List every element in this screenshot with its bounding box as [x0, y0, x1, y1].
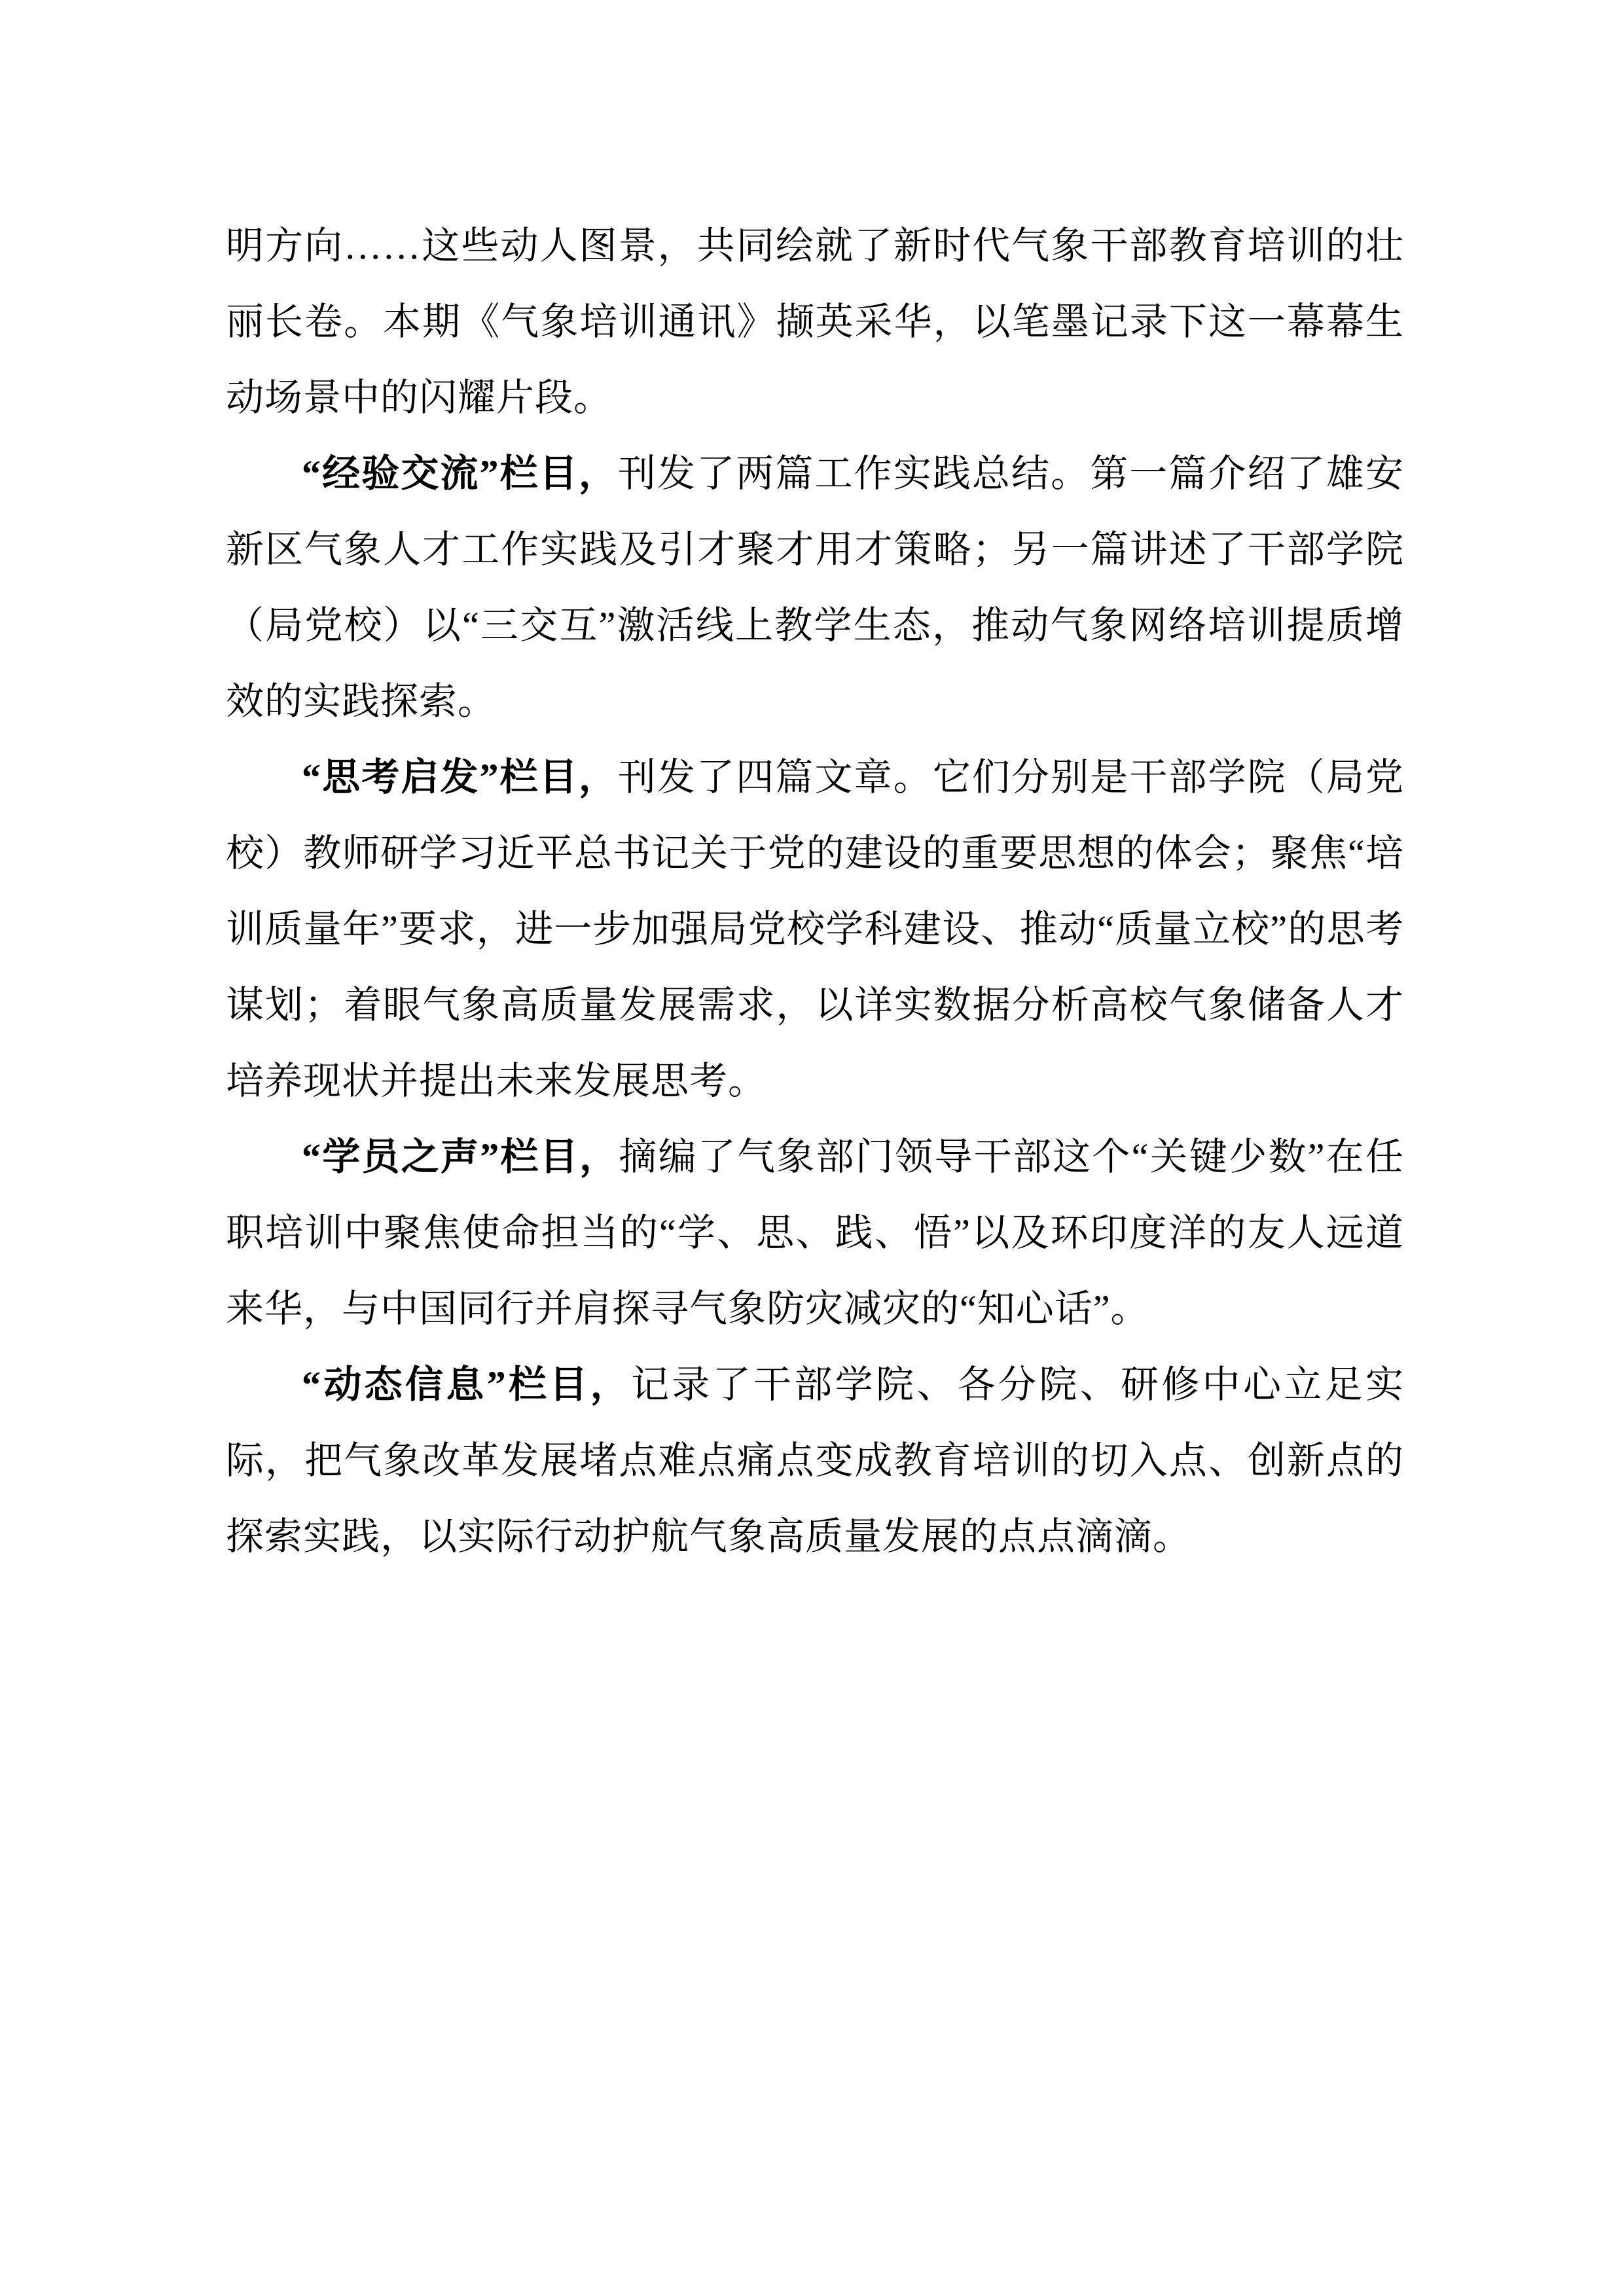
- paragraph-body: 刊发了四篇文章。它们分别是干部学院（局党校）教师研学习近平总书记关于党的建设的重…: [226, 756, 1404, 1102]
- paragraph-body: 明方向……这些动人图景，共同绘就了新时代气象干部教育培训的壮丽长卷。本期《气象培…: [226, 224, 1404, 419]
- paragraph: “经验交流”栏目，刊发了两篇工作实践总结。第一篇介绍了雄安新区气象人才工作实践及…: [226, 436, 1404, 740]
- paragraph-lead: “经验交流”栏目，: [302, 452, 618, 495]
- paragraph-lead: “思考启发”栏目，: [302, 756, 618, 798]
- paragraph-lead: “动态信息”栏目，: [302, 1363, 631, 1406]
- body-text-block: 明方向……这些动人图景，共同绘就了新时代气象干部教育培训的壮丽长卷。本期《气象培…: [226, 208, 1404, 1575]
- document-page: 明方向……这些动人图景，共同绘就了新时代气象干部教育培训的壮丽长卷。本期《气象培…: [0, 0, 1624, 2296]
- paragraph: “思考启发”栏目，刊发了四篇文章。它们分别是干部学院（局党校）教师研学习近平总书…: [226, 740, 1404, 1119]
- paragraph-lead: “学员之声”栏目，: [302, 1136, 619, 1178]
- paragraph: 明方向……这些动人图景，共同绘就了新时代气象干部教育培训的壮丽长卷。本期《气象培…: [226, 208, 1404, 436]
- paragraph: “学员之声”栏目，摘编了气象部门领导干部这个“关键少数”在任职培训中聚焦使命担当…: [226, 1119, 1404, 1347]
- paragraph: “动态信息”栏目，记录了干部学院、各分院、研修中心立足实际，把气象改革发展堵点难…: [226, 1347, 1404, 1575]
